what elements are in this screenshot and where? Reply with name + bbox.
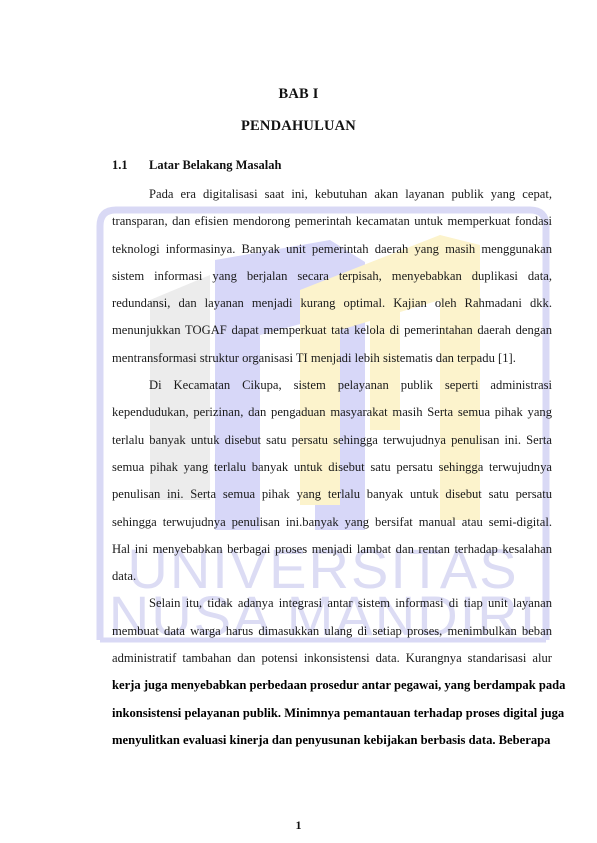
paragraph-3: Selain itu, tidak adanya integrasi antar…: [112, 590, 552, 754]
chapter-label: BAB I: [0, 86, 597, 103]
text-line: Di Kecamatan Cikupa, sistem pelayanan pu…: [112, 372, 552, 399]
text-line: penulisan ini. Serta semua pihak yang te…: [112, 481, 552, 508]
text-line: terlalu banyak untuk disebut satu persat…: [112, 427, 552, 454]
text-line: Pada era digitalisasi saat ini, kebutuha…: [112, 181, 552, 208]
text-line: Selain itu, tidak adanya integrasi antar…: [112, 590, 552, 617]
text-line: kependudukan, perizinan, dan pengaduan m…: [112, 399, 552, 426]
chapter-title: PENDAHULUAN: [0, 118, 597, 135]
text-line: data.: [112, 563, 552, 590]
section-heading: 1.1Latar Belakang Masalah: [112, 158, 281, 173]
section-number: 1.1: [112, 158, 149, 173]
text-line: transparan, dan efisien mendorong pemeri…: [112, 208, 552, 235]
text-line: teknologi informasinya. Banyak unit peme…: [112, 236, 552, 263]
text-line: membuat data warga harus dimasukkan ulan…: [112, 618, 552, 645]
text-line: kerja juga menyebabkan perbedaan prosedu…: [112, 672, 552, 699]
paragraph-2: Di Kecamatan Cikupa, sistem pelayanan pu…: [112, 372, 552, 590]
text-line: inkonsistensi pelayanan publik. Minimnya…: [112, 700, 552, 727]
text-line: sehingga terwujudnya penulisan ini.banya…: [112, 509, 552, 536]
text-line: mentransformasi struktur organisasi TI m…: [112, 345, 552, 372]
paragraph-1: Pada era digitalisasi saat ini, kebutuha…: [112, 181, 552, 372]
document-page: UNIVERSITAS NUSA MANDIRI BAB I PENDAHULU…: [0, 0, 597, 843]
page-number: 1: [0, 818, 597, 833]
text-line: menunjukkan TOGAF dapat memperkuat tata …: [112, 317, 552, 344]
section-title: Latar Belakang Masalah: [149, 158, 281, 172]
body-text: Pada era digitalisasi saat ini, kebutuha…: [112, 181, 552, 754]
text-line: menyulitkan evaluasi kinerja dan penyusu…: [112, 727, 552, 754]
text-line: Hal ini menyebabkan berbagai proses menj…: [112, 536, 552, 563]
text-line: redundansi, dan layanan menjadi kurang o…: [112, 290, 552, 317]
text-line: semua pihak yang terlalu banyak untuk di…: [112, 454, 552, 481]
text-line: administratif tambahan dan potensi inkon…: [112, 645, 552, 672]
text-line: sistem informasi yang berjalan secara te…: [112, 263, 552, 290]
